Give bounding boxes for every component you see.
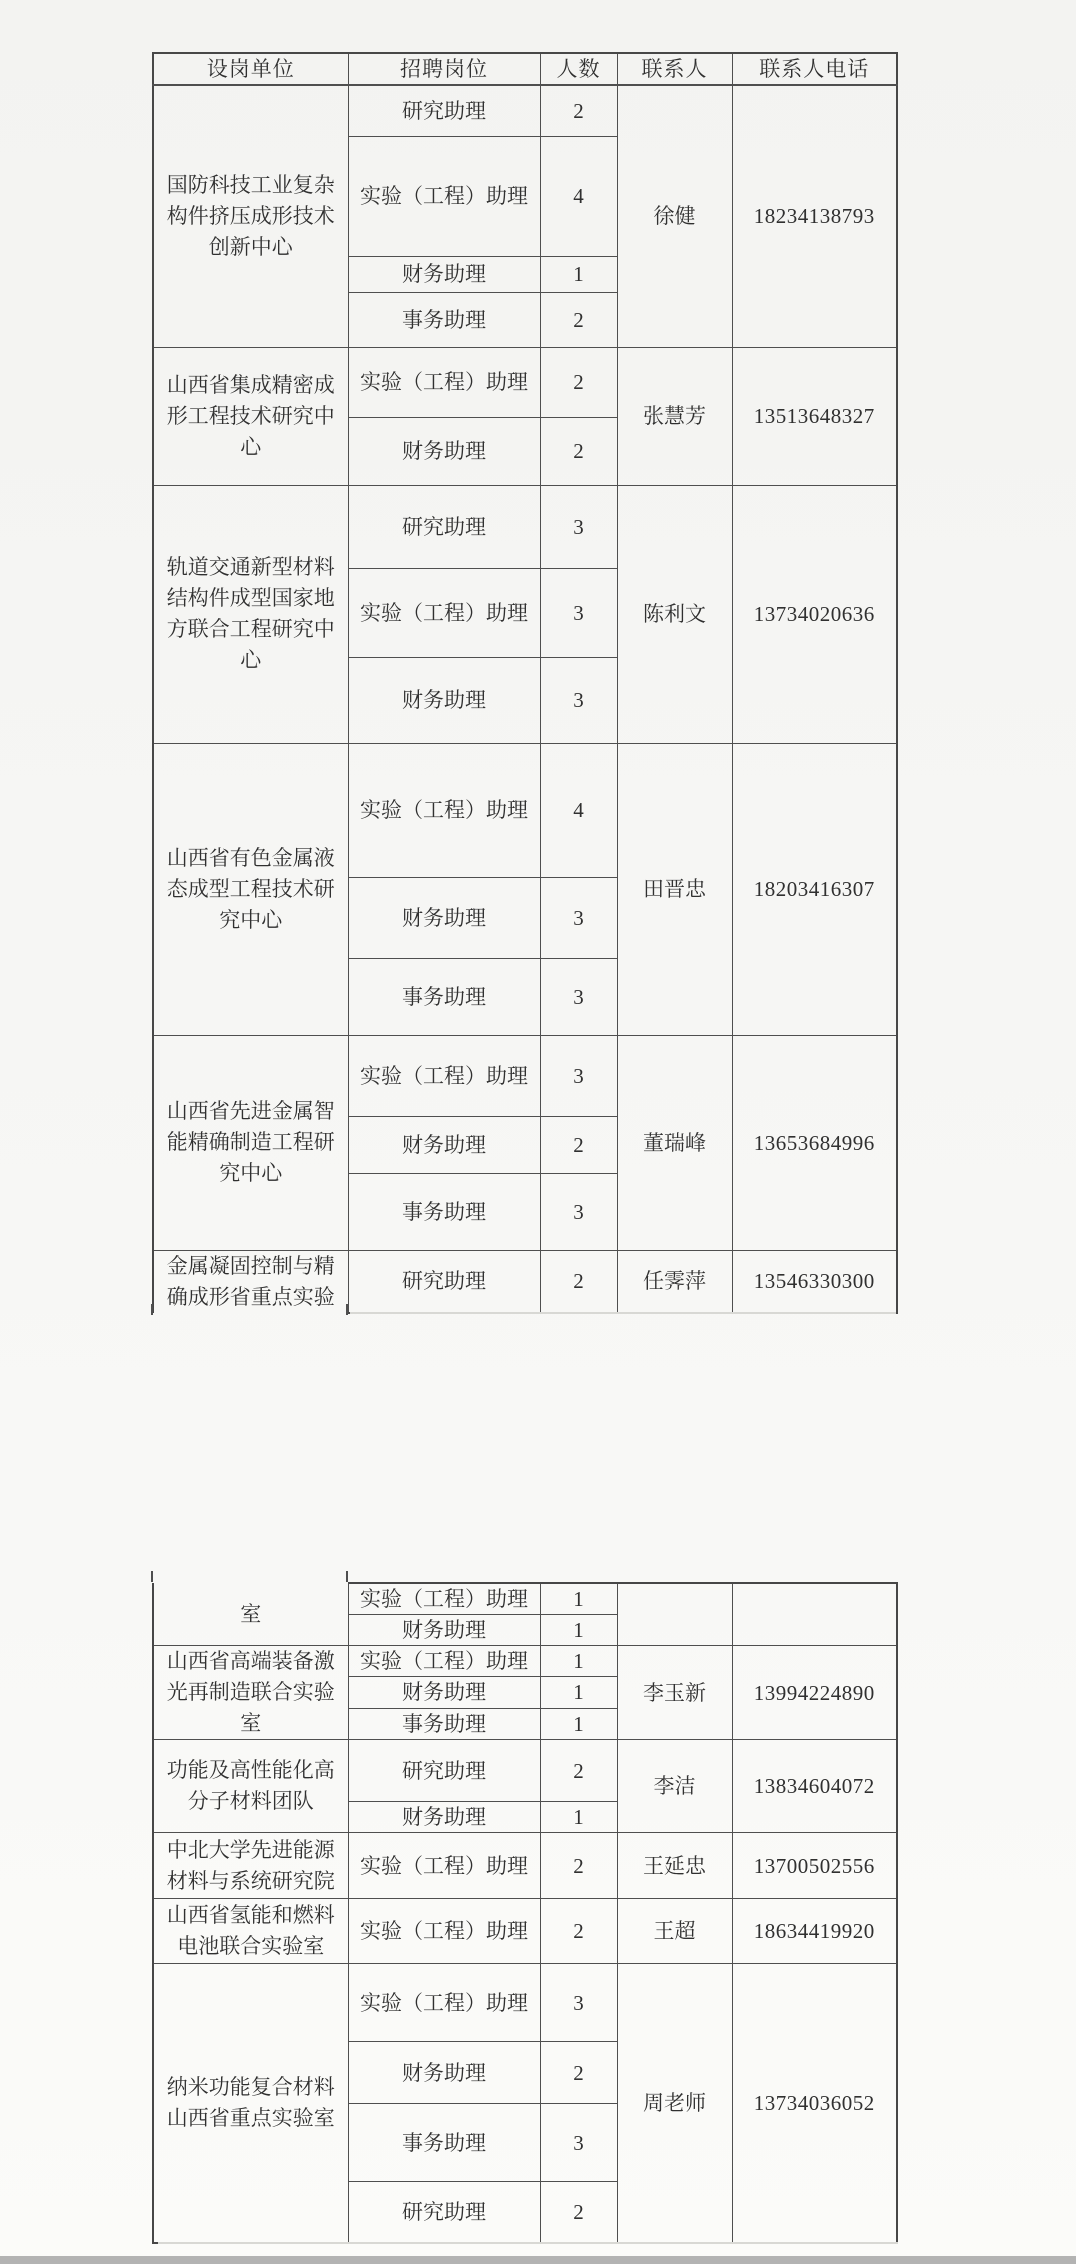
count-cell: 2 <box>540 292 617 347</box>
page-break-tick <box>346 1304 348 1315</box>
count-cell: 1 <box>540 1615 617 1646</box>
position-cell: 财务助理 <box>348 1615 540 1646</box>
position-cell: 研究助理 <box>348 1740 540 1802</box>
count-cell: 3 <box>540 657 617 743</box>
phone-cell: 18234138793 <box>732 85 897 347</box>
contact-cell: 任霁萍 <box>617 1250 732 1313</box>
recruitment-table-part1: 设岗单位 招聘岗位 人数 联系人 联系人电话 国防科技工业复杂构件挤压成形技术创… <box>152 52 898 1314</box>
position-cell: 事务助理 <box>348 2104 540 2182</box>
position-cell: 财务助理 <box>348 657 540 743</box>
unit-cell: 中北大学先进能源材料与系统研究院 <box>153 1833 348 1899</box>
position-cell: 研究助理 <box>348 1250 540 1313</box>
contact-cell: 张慧芳 <box>617 347 732 485</box>
phone-cell <box>732 1583 897 1646</box>
table-row: 中北大学先进能源材料与系统研究院 实验（工程）助理 2 王延忠 13700502… <box>153 1833 897 1899</box>
count-cell: 1 <box>540 1583 617 1615</box>
count-cell: 2 <box>540 347 617 417</box>
contact-cell: 王超 <box>617 1899 732 1964</box>
header-unit: 设岗单位 <box>153 53 348 85</box>
count-cell: 3 <box>540 1173 617 1250</box>
position-cell: 实验（工程）助理 <box>348 568 540 657</box>
count-cell: 2 <box>540 1740 617 1802</box>
position-cell: 实验（工程）助理 <box>348 1583 540 1615</box>
table-row: 山西省氢能和燃料电池联合实验室 实验（工程）助理 2 王超 1863441992… <box>153 1899 897 1964</box>
count-cell: 3 <box>540 485 617 568</box>
count-cell: 1 <box>540 1708 617 1739</box>
position-cell: 实验（工程）助理 <box>348 1833 540 1899</box>
unit-cell: 山西省高端装备激光再制造联合实验室 <box>153 1646 348 1740</box>
position-cell: 事务助理 <box>348 1708 540 1739</box>
count-cell: 3 <box>540 1035 617 1116</box>
phone-cell: 13546330300 <box>732 1250 897 1313</box>
count-cell: 1 <box>540 256 617 292</box>
phone-cell: 13734036052 <box>732 1964 897 2243</box>
unit-cell: 功能及高性能化高分子材料团队 <box>153 1740 348 1833</box>
phone-cell: 13700502556 <box>732 1833 897 1899</box>
position-cell: 财务助理 <box>348 1677 540 1708</box>
unit-cell: 山西省集成精密成形工程技术研究中心 <box>153 347 348 485</box>
table-row: 山西省先进金属智能精确制造工程研究中心 实验（工程）助理 3 董瑞峰 13653… <box>153 1035 897 1116</box>
table-row: 金属凝固控制与精确成形省重点实验 研究助理 2 任霁萍 13546330300 <box>153 1250 897 1313</box>
unit-cell: 国防科技工业复杂构件挤压成形技术创新中心 <box>153 85 348 347</box>
bottom-bar <box>0 2256 1076 2264</box>
position-cell: 实验（工程）助理 <box>348 1035 540 1116</box>
unit-cell: 室 <box>153 1583 348 1646</box>
table-row: 纳米功能复合材料山西省重点实验室 实验（工程）助理 3 周老师 13734036… <box>153 1964 897 2042</box>
position-cell: 实验（工程）助理 <box>348 1899 540 1964</box>
position-cell: 实验（工程）助理 <box>348 743 540 877</box>
count-cell: 2 <box>540 2182 617 2243</box>
phone-cell: 13734020636 <box>732 485 897 743</box>
unit-cell: 山西省氢能和燃料电池联合实验室 <box>153 1899 348 1964</box>
page-break-tick <box>346 1571 348 1582</box>
phone-cell: 18634419920 <box>732 1899 897 1964</box>
contact-cell: 董瑞峰 <box>617 1035 732 1250</box>
position-cell: 事务助理 <box>348 292 540 347</box>
table-row: 山西省集成精密成形工程技术研究中心 实验（工程）助理 2 张慧芳 1351364… <box>153 347 897 417</box>
count-cell: 1 <box>540 1677 617 1708</box>
unit-cell: 山西省先进金属智能精确制造工程研究中心 <box>153 1035 348 1250</box>
position-cell: 实验（工程）助理 <box>348 136 540 256</box>
position-cell: 研究助理 <box>348 485 540 568</box>
contact-cell: 田晋忠 <box>617 743 732 1035</box>
position-cell: 财务助理 <box>348 417 540 485</box>
phone-cell: 13513648327 <box>732 347 897 485</box>
contact-cell: 王延忠 <box>617 1833 732 1899</box>
position-cell: 财务助理 <box>348 256 540 292</box>
header-contact: 联系人 <box>617 53 732 85</box>
header-position: 招聘岗位 <box>348 53 540 85</box>
contact-cell: 周老师 <box>617 1964 732 2243</box>
table-shadow <box>350 1312 896 1314</box>
contact-cell: 徐健 <box>617 85 732 347</box>
recruitment-table-part2: 室 实验（工程）助理 1 财务助理 1 山西省高端装备激光再制造联合实验室 实验… <box>152 1582 898 2244</box>
position-cell: 财务助理 <box>348 1116 540 1173</box>
document-page: 设岗单位 招聘岗位 人数 联系人 联系人电话 国防科技工业复杂构件挤压成形技术创… <box>0 0 1076 2264</box>
position-cell: 实验（工程）助理 <box>348 1646 540 1677</box>
unit-cell: 纳米功能复合材料山西省重点实验室 <box>153 1964 348 2243</box>
phone-cell: 18203416307 <box>732 743 897 1035</box>
unit-cell: 轨道交通新型材料结构件成型国家地方联合工程研究中心 <box>153 485 348 743</box>
position-cell: 财务助理 <box>348 1802 540 1833</box>
table-shadow <box>158 2242 898 2244</box>
count-cell: 2 <box>540 2042 617 2104</box>
position-cell: 研究助理 <box>348 85 540 136</box>
phone-cell: 13653684996 <box>732 1035 897 1250</box>
table-header-row: 设岗单位 招聘岗位 人数 联系人 联系人电话 <box>153 53 897 85</box>
unit-cell: 山西省有色金属液态成型工程技术研究中心 <box>153 743 348 1035</box>
table-row: 室 实验（工程）助理 1 <box>153 1583 897 1615</box>
phone-cell: 13834604072 <box>732 1740 897 1833</box>
position-cell: 研究助理 <box>348 2182 540 2243</box>
contact-cell: 李洁 <box>617 1740 732 1833</box>
count-cell: 2 <box>540 1116 617 1173</box>
header-phone: 联系人电话 <box>732 53 897 85</box>
count-cell: 1 <box>540 1802 617 1833</box>
count-cell: 4 <box>540 136 617 256</box>
position-cell: 财务助理 <box>348 877 540 958</box>
table-row: 山西省有色金属液态成型工程技术研究中心 实验（工程）助理 4 田晋忠 18203… <box>153 743 897 877</box>
page-break-tick <box>151 1304 153 1315</box>
contact-cell: 李玉新 <box>617 1646 732 1740</box>
count-cell: 2 <box>540 85 617 136</box>
count-cell: 2 <box>540 1833 617 1899</box>
count-cell: 2 <box>540 1250 617 1313</box>
header-count: 人数 <box>540 53 617 85</box>
unit-cell: 金属凝固控制与精确成形省重点实验 <box>153 1250 348 1313</box>
count-cell: 3 <box>540 568 617 657</box>
position-cell: 事务助理 <box>348 958 540 1035</box>
count-cell: 3 <box>540 1964 617 2042</box>
count-cell: 1 <box>540 1646 617 1677</box>
table-row: 山西省高端装备激光再制造联合实验室 实验（工程）助理 1 李玉新 1399422… <box>153 1646 897 1677</box>
count-cell: 3 <box>540 877 617 958</box>
count-cell: 4 <box>540 743 617 877</box>
count-cell: 3 <box>540 958 617 1035</box>
table-row: 国防科技工业复杂构件挤压成形技术创新中心 研究助理 2 徐健 182341387… <box>153 85 897 136</box>
contact-cell: 陈利文 <box>617 485 732 743</box>
position-cell: 实验（工程）助理 <box>348 347 540 417</box>
phone-cell: 13994224890 <box>732 1646 897 1740</box>
position-cell: 财务助理 <box>348 2042 540 2104</box>
position-cell: 事务助理 <box>348 1173 540 1250</box>
count-cell: 2 <box>540 1899 617 1964</box>
page-break-tick <box>151 1571 153 1582</box>
position-cell: 实验（工程）助理 <box>348 1964 540 2042</box>
table-row: 轨道交通新型材料结构件成型国家地方联合工程研究中心 研究助理 3 陈利文 137… <box>153 485 897 568</box>
count-cell: 3 <box>540 2104 617 2182</box>
contact-cell <box>617 1583 732 1646</box>
table-row: 功能及高性能化高分子材料团队 研究助理 2 李洁 13834604072 <box>153 1740 897 1802</box>
count-cell: 2 <box>540 417 617 485</box>
